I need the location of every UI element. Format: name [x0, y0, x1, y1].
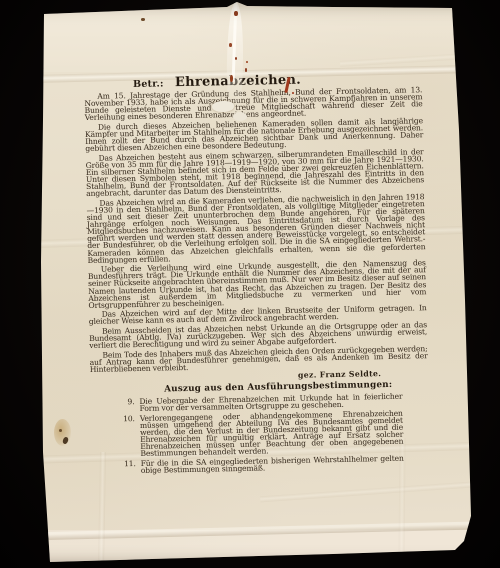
signature-line: gez. Franz Seldte. [298, 369, 428, 379]
paragraph-1: Am 15. Jahrestage der Gründung des Stahl… [84, 86, 423, 121]
fold-crease-diagonal-bottom-right [260, 480, 500, 503]
provision-number: 9. [90, 398, 139, 413]
provision-item-10: 10. Verlorengegangene oder abhandengekom… [91, 410, 404, 459]
photo-background: Betr.: Ehrenabzeichen. Am 15. Jahrestage… [0, 0, 500, 568]
provision-text: Verlorengegangene oder abhandengekommene… [140, 410, 404, 458]
dark-speck [59, 429, 62, 432]
paragraph-3: Das Abzeichen besteht aus einem schwarze… [85, 148, 424, 197]
provision-item-11: 11. Für die in die SA eingegliederten bi… [92, 455, 404, 475]
document-text-block: Betr.: Ehrenabzeichen. Am 15. Jahrestage… [84, 74, 430, 477]
document-paper: Betr.: Ehrenabzeichen. Am 15. Jahrestage… [0, 0, 500, 568]
left-edge-stain [54, 419, 71, 446]
paper-light-band-top [0, 0, 500, 72]
provision-list: 9. Die Uebergabe der Ehrenabzeichen mit … [90, 393, 403, 475]
subject-label: Betr.: [133, 78, 164, 90]
paragraph-2: Die durch dieses Abzeichen beliehenen Ka… [85, 117, 424, 152]
provision-text: Für die in die SA eingegliederten bisher… [141, 455, 404, 474]
provision-number: 10. [91, 415, 141, 459]
paper-light-band-bottom [0, 530, 500, 564]
dark-speck [62, 436, 69, 444]
paragraph-5: Ueber die Verleihung wird eine Urkunde a… [88, 259, 427, 308]
paragraph-4: Das Abzeichen wird an die Kameraden verl… [86, 193, 425, 264]
provision-number: 11. [92, 460, 141, 475]
